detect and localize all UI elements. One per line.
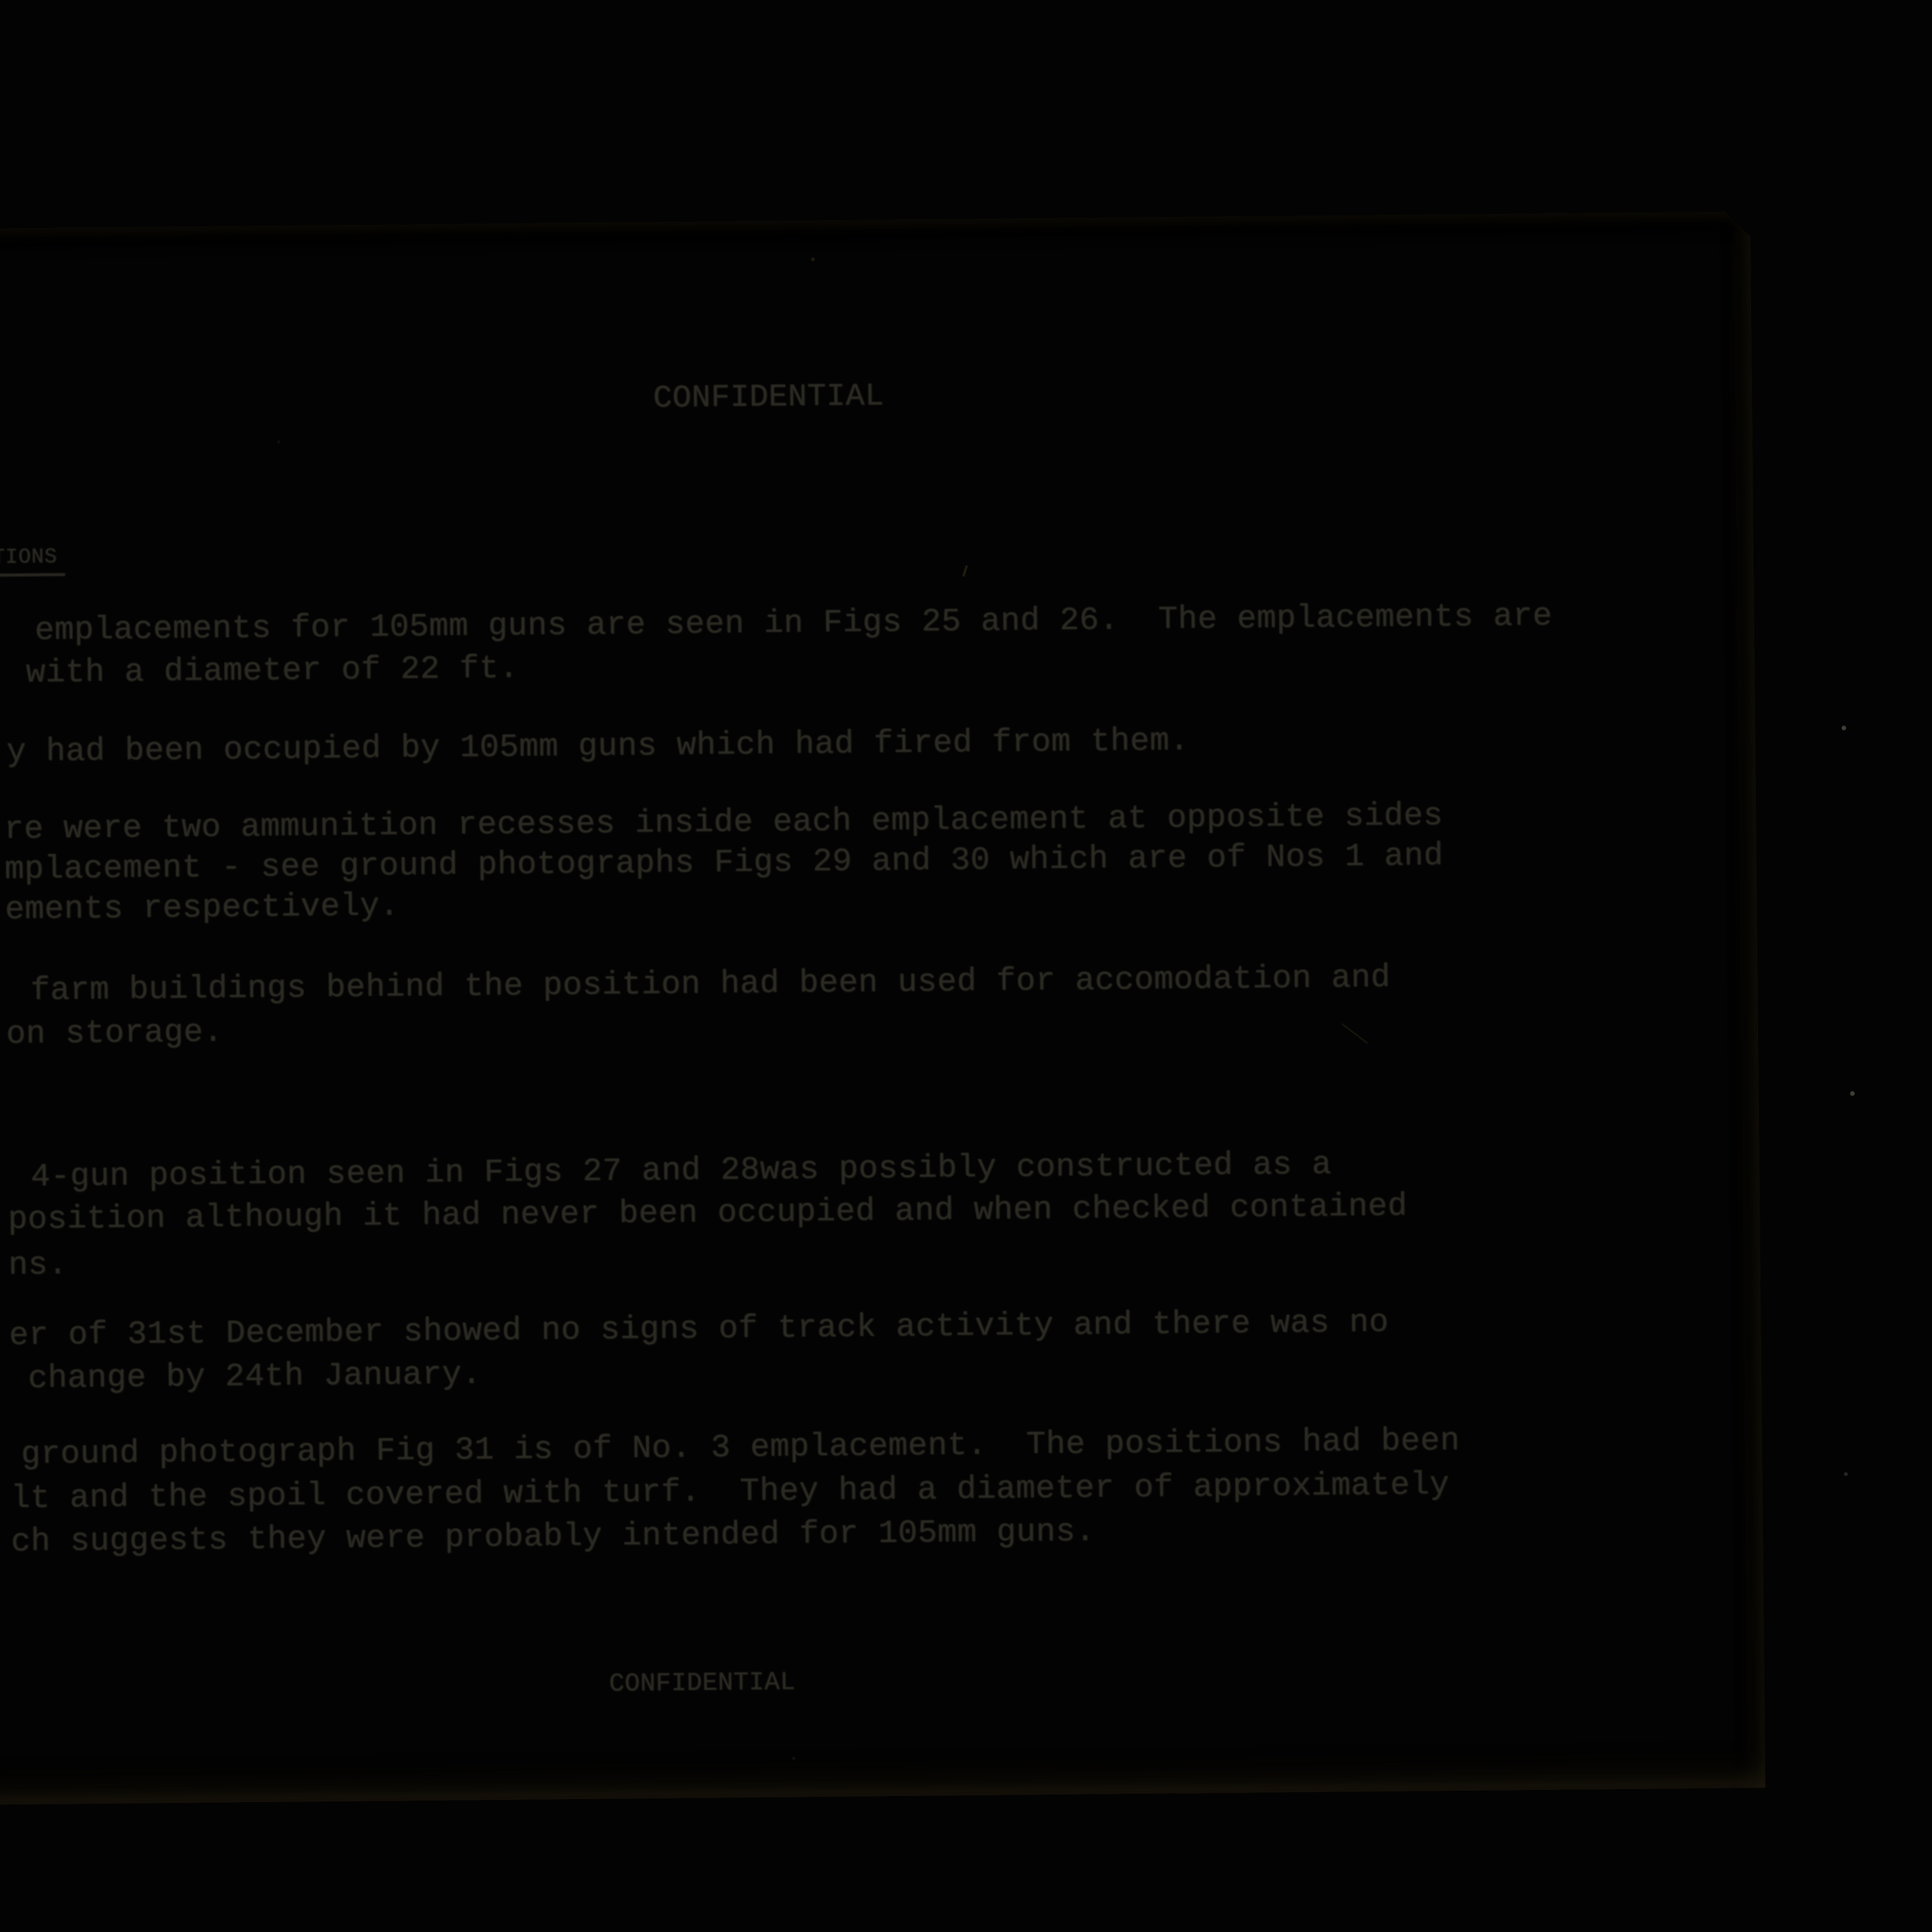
typed-line: on storage. <box>6 1016 223 1051</box>
typed-line: farm buildings behind the position had b… <box>30 961 1390 1007</box>
typed-line: er of 31st December showed no signs of t… <box>9 1306 1389 1352</box>
typed-line: 4-gun position seen in Figs 27 and 28was… <box>31 1148 1332 1193</box>
typed-line: position although it had never been occu… <box>8 1190 1407 1236</box>
dust-speck <box>1850 1091 1855 1096</box>
paper-speck <box>792 1757 795 1760</box>
paper-speck <box>811 257 815 261</box>
paper-fiber <box>1342 1023 1369 1044</box>
typed-line: change by 24th January. <box>28 1358 481 1395</box>
photo-background: { "colors": { "backdrop": "#030303", "pa… <box>0 0 1932 1932</box>
document-page: CONFIDENTIAL TIONS emplacements for 105m… <box>0 211 1765 1804</box>
typed-line: ground photograph Fig 31 is of No. 3 emp… <box>21 1424 1460 1471</box>
typed-line: emplacements for 105mm guns are seen in … <box>35 600 1553 647</box>
classification-footer: CONFIDENTIAL <box>609 1669 796 1696</box>
dust-speck <box>1844 1472 1848 1476</box>
paper-fiber <box>962 565 968 577</box>
typed-line: ements respectively. <box>5 889 399 926</box>
typed-line: y had been occupied by 105mm guns which … <box>6 724 1189 768</box>
typed-line: mplacement - see ground photographs Figs… <box>5 839 1444 886</box>
typed-line: ch suggests they were probably intended … <box>11 1515 1095 1558</box>
dust-speck <box>1842 726 1846 730</box>
section-heading: TIONS <box>0 547 65 577</box>
typed-line: ns. <box>9 1248 68 1281</box>
classification-header: CONFIDENTIAL <box>653 381 884 415</box>
paper-speck <box>277 440 281 444</box>
typed-line: with a diameter of 22 ft. <box>26 652 519 689</box>
typed-line: lt and the spoil covered with turf. They… <box>11 1468 1450 1515</box>
